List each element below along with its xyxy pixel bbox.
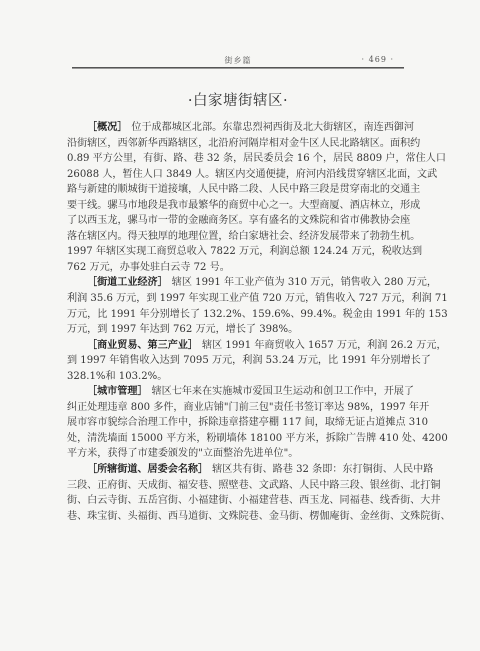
paragraph-line: 利润 35.6 万元，到 1997 年实现工业产值 720 万元，销售收入 72… bbox=[67, 291, 405, 307]
body-text: ［概况］位于成都城区北部。东靠忠烈祠西街及北大街辖区，南连西御河 沿街辖区，西邻… bbox=[67, 120, 405, 524]
paragraph-line: ［城市管理］辖区七年来在实施城市爱国卫生运动和创卫工作中，开展了 bbox=[67, 384, 405, 400]
paragraph-line: 762 万元，办事处驻白云寺 72 号。 bbox=[67, 260, 405, 276]
paragraph-line: 落在辖区内。得天独厚的地理位置，给白家塘社会、经济发展带来了勃勃生机。 bbox=[67, 229, 405, 245]
running-head: 街乡篇 · 469 · bbox=[72, 53, 404, 67]
paragraph-heading: ［所辖街道、居委会名称］ bbox=[87, 464, 208, 475]
paragraph-line: 处，清洗墙面 15000 平方米，粉刷墙体 18100 平方米，拆除广告牌 41… bbox=[67, 431, 405, 447]
page-title: ·白家塘街辖区· bbox=[72, 89, 404, 110]
paragraph-line: 纠正处理违章 800 多件，商业店铺"门前三包"责任书签订率达 98%，1997… bbox=[67, 400, 405, 416]
paragraph-line: 万元，比 1991 年分别增长了 132.2%、159.6%、99.4%。税金由… bbox=[67, 307, 405, 323]
paragraph-line: 展市容市貌综合治理工作中，拆除违章搭建亭棚 117 间，取缔无证占道摊点 310 bbox=[67, 415, 405, 431]
line-text: 辖区 1991 年商贸收入 1657 万元，利润 26.2 万元， bbox=[202, 340, 447, 351]
scanned-book-page: 街乡篇 · 469 · ·白家塘街辖区· ［概况］位于成都城区北部。东靠忠烈祠西… bbox=[0, 0, 480, 651]
paragraph-line: ［商业贸易、第三产业］辖区 1991 年商贸收入 1657 万元，利润 26.2… bbox=[67, 338, 405, 354]
line-text: 辖区 1991 年工业产值为 310 万元，销售收入 280 万元， bbox=[172, 277, 437, 288]
line-text: 位于成都城区北部。东靠忠烈祠西街及北大街辖区，南连西御河 bbox=[131, 122, 414, 133]
paragraph-line: ［街道工业经济］辖区 1991 年工业产值为 310 万元，销售收入 280 万… bbox=[67, 275, 405, 291]
paragraph-line: 要干线。骡马市地段是我市最繁华的商贸中心之一。大型商厦、酒店林立，形成 bbox=[67, 198, 405, 214]
paragraph-line: 万元，到 1997 年达到 762 万元，增长了 398%。 bbox=[67, 322, 405, 338]
paragraph-line: 平方米，获得了市建委颁发的"立面整治先进单位"。 bbox=[67, 446, 405, 462]
paragraph-line: 巷、珠宝街、头福街、西马道街、文殊院巷、金马街、楞伽庵街、金丝街、文殊院街、 bbox=[67, 509, 405, 525]
paragraph-line: 到 1997 年销售收入达到 7095 万元，利润 53.24 万元，比 199… bbox=[67, 353, 405, 369]
paragraph-heading: ［街道工业经济］ bbox=[87, 277, 168, 288]
paragraph-line: 沿街辖区，西邻新华西路辖区，北沿府河隔岸相对金牛区人民北路辖区。面积约 bbox=[67, 136, 405, 152]
paragraph-line: 三段、正府街、天成街、福安巷、照壁巷、文武路、人民中路三段、银丝街、北打铜 bbox=[67, 478, 405, 494]
header-rule bbox=[72, 67, 404, 69]
paragraph-line: ［概况］位于成都城区北部。东靠忠烈祠西街及北大街辖区，南连西御河 bbox=[67, 120, 405, 136]
paragraph-heading: ［城市管理］ bbox=[87, 386, 148, 397]
section-name: 街乡篇 bbox=[72, 55, 404, 66]
paragraph-line: 了以西玉龙，骡马市一带的金融商务区。享有盛名的文殊院和省市佛教协会座 bbox=[67, 213, 405, 229]
paragraph-heading: ［概况］ bbox=[87, 122, 127, 133]
paragraph-line: 街、白云寺街、五岳宫街、小福建街、小福建营巷、西玉龙、同福巷、线香街、大井 bbox=[67, 493, 405, 509]
paragraph-line: ［所辖街道、居委会名称］辖区共有街、路巷 32 条即：东打铜街、人民中路 bbox=[67, 462, 405, 478]
page-number: · 469 · bbox=[362, 55, 394, 64]
paragraph-line: 26088 人，暂住人口 3849 人。辖区内交通便捷，府河内沿线贯穿辖区北面，… bbox=[67, 167, 405, 183]
paragraph-line: 路与新建的顺城街干道接壤，人民中路二段、人民中路三段是贯穿南北的交通主 bbox=[67, 182, 405, 198]
paragraph-heading: ［商业贸易、第三产业］ bbox=[87, 340, 198, 351]
paragraph-line: 1997 年辖区实现工商贸总收入 7822 万元，利润总额 124.24 万元，… bbox=[67, 244, 405, 260]
paragraph-line: 0.89 平方公里，有街、路、巷 32 条，居民委员会 16 个，居民 8809… bbox=[67, 151, 405, 167]
paragraph-line: 328.1%和 103.2%。 bbox=[67, 369, 405, 385]
line-text: 辖区七年来在实施城市爱国卫生运动和创卫工作中，开展了 bbox=[152, 386, 414, 397]
line-text: 辖区共有街、路巷 32 条即：东打铜街、人民中路 bbox=[212, 464, 433, 475]
